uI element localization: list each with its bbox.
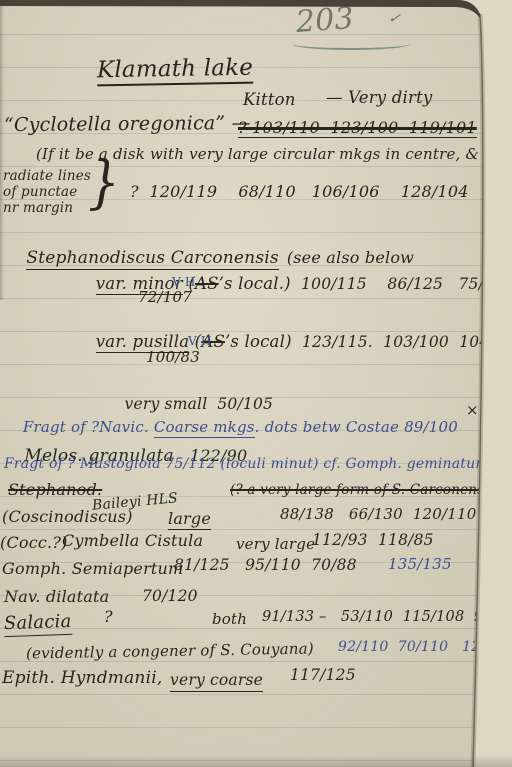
- entry-salacia-query: ?: [104, 608, 113, 626]
- entry-salacia-values: 91/133 – 53/110 115/108 94/104: [262, 609, 512, 626]
- notebook-page-scan: 203 ✓ Klamath lake Kitton — Very dirty “…: [0, 0, 512, 767]
- page-title: Klamath lake: [97, 55, 254, 87]
- entry-cyclotella-name: “Cyclotella oregonica” —: [4, 113, 251, 137]
- locality-note: ’s local.): [219, 274, 291, 293]
- struck-initials: AS: [195, 274, 219, 293]
- entry-nav-dilatata-value: 70/120: [142, 588, 198, 606]
- entry-nav-dilatata-name: Nav. dilatata: [4, 588, 109, 606]
- page-number: 203: [295, 2, 355, 40]
- frag-suffix: . dots betw Costae: [255, 418, 404, 436]
- entry-salacia-qualifier: both: [212, 611, 247, 628]
- entry-coscinodiscus-name: (Coscinodiscus): [2, 508, 133, 526]
- entry-gomphonema-name: Gomph. Semiapertum: [2, 560, 183, 578]
- margin-note-line3: nr margin: [3, 201, 73, 217]
- entry-salacia-name: Salacia: [4, 612, 72, 637]
- measurement: 89/100: [404, 418, 458, 436]
- bottom-edge-shadow: [0, 755, 512, 767]
- entry-epithemia-value: 117/125: [290, 667, 356, 685]
- entry-coscinodiscus-values: 88/138 66/130 120/110: [280, 506, 477, 523]
- entry-cymbella-prefix: (Cocc.?): [0, 534, 68, 552]
- entry-stephanod-struck-note: (? a very large form of S. Carconensis): [230, 483, 501, 499]
- entry-mastogloia: Fragt of ? Mastogloia 75/112 (loculi min…: [4, 456, 489, 472]
- entry-cyclotella-values: ? 120/119 68/110 106/106 128/104: [130, 183, 469, 201]
- entry-cymbella-name: Cymbella Cistula: [62, 532, 203, 550]
- entry-stephanod-struck: Stephanod.: [8, 481, 102, 499]
- entry-cymbella-values: 112/93 118/85: [312, 532, 434, 550]
- measurements: 100/115 86/125 75/120 68/111: [291, 275, 512, 293]
- entry-gomphonema-late-value: 135/135: [388, 556, 452, 573]
- left-edge-shadow: [0, 0, 4, 300]
- measurements: 123/115. 103/100 104/111 131/108: [292, 333, 512, 351]
- margin-note-line1: radiate lines: [3, 169, 91, 185]
- entry-var-minor-extra: 72/107: [138, 289, 192, 306]
- entry-coscinodiscus-size: large: [168, 510, 211, 530]
- page-number-underline: [292, 38, 410, 50]
- entry-cymbella-size: very large: [236, 536, 315, 553]
- entry-gomphonema-values: 81/125 95/110 70/88: [174, 557, 357, 575]
- margin-cross-icon: ×: [466, 402, 479, 419]
- collector-name: Kitton: [243, 91, 296, 110]
- entry-var-pusilla-extra: 100/83: [146, 349, 200, 366]
- locality-note: ’s local): [225, 332, 292, 351]
- margin-cross-icon: ×: [477, 611, 489, 627]
- entry-epithemia-name: Epith. Hyndmanii,: [2, 669, 162, 689]
- margin-brace: }: [88, 157, 120, 209]
- correction-initials: V H: [188, 335, 212, 349]
- margin-note-line2: of punctae: [3, 185, 77, 201]
- entry-cyclotella-struck-values: ? 103/110 123/100 119/101: [238, 119, 477, 138]
- sample-condition: — Very dirty: [326, 89, 432, 108]
- entry-epithemia-size: very coarse: [170, 672, 263, 692]
- entry-salacia-note-values: 92/110 70/110 121/126: [338, 639, 512, 655]
- check-mark-icon: ✓: [387, 9, 402, 28]
